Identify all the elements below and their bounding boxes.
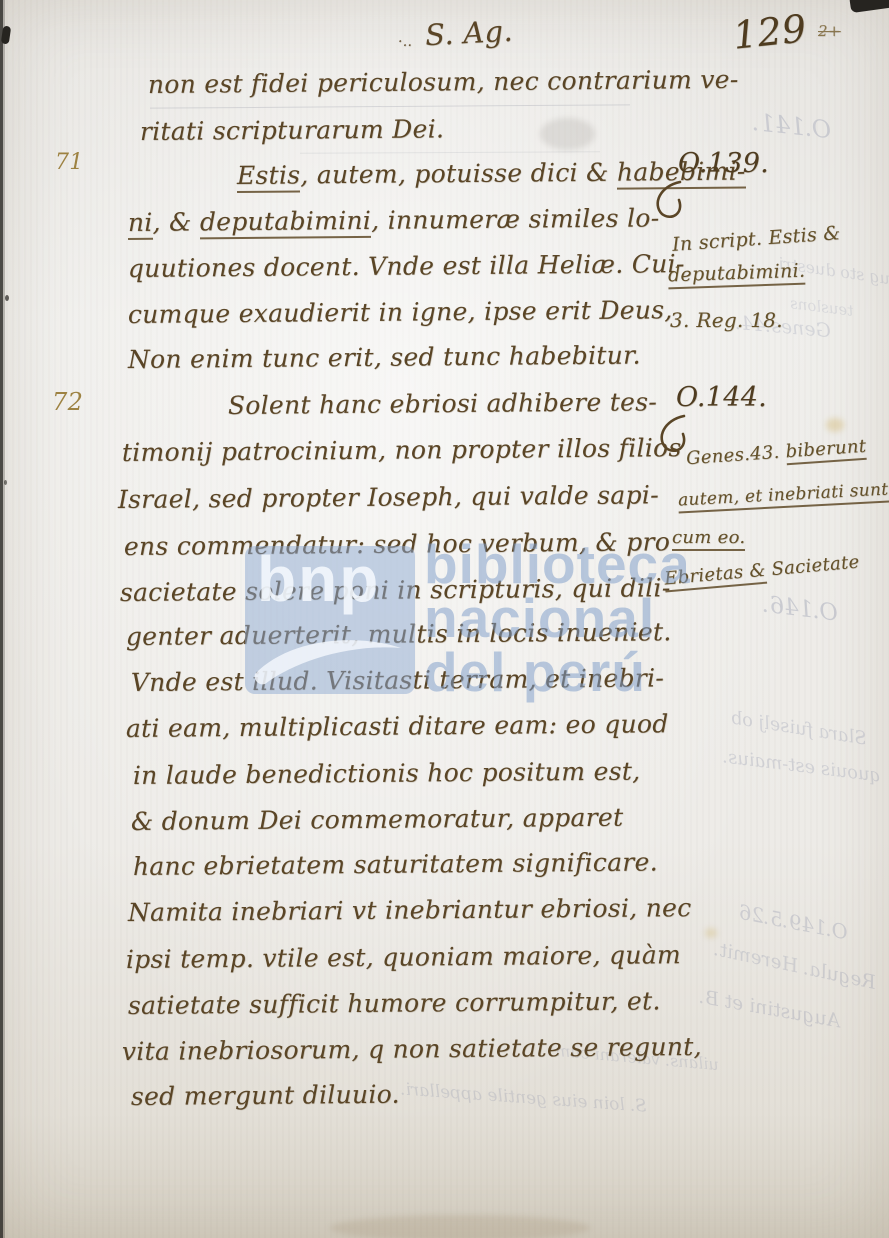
manuscript-page: O.141. Genes.44. aug sto duestri teuslon… xyxy=(0,0,889,1238)
bleedthrough-text: quouis est-maius. xyxy=(721,746,882,786)
bleedthrough-text: Augustini et B. xyxy=(697,986,842,1033)
scan-corner-topright xyxy=(849,0,889,13)
bleedthrough-text: teuslons xyxy=(789,294,854,320)
manuscript-line: Namita inebriari vt inebriantur ebriosi,… xyxy=(128,893,692,927)
edge-nick xyxy=(1,26,11,45)
watermark-word-delperu: del perú xyxy=(424,640,646,704)
manuscript-line: sed mergunt diluuio. xyxy=(131,1080,400,1111)
bleedthrough-rule xyxy=(300,151,600,154)
paper-smudge xyxy=(330,1215,590,1238)
page-title: S. Ag. xyxy=(424,14,513,53)
manuscript-line: vita inebriosorum, q non satietate se re… xyxy=(122,1032,702,1066)
bleedthrough-rule xyxy=(150,104,630,108)
edge-speck xyxy=(4,480,7,485)
line-text: , autem, potuisse dici & xyxy=(300,158,617,190)
line-text: , & xyxy=(152,207,200,236)
edge-speck xyxy=(5,295,9,301)
bnp-logo-text: bnp xyxy=(257,542,380,616)
manuscript-line: ipsi temp. vtile est, quoniam maiore, qu… xyxy=(126,940,681,974)
margin-ref-reg: 3. Reg. 18. xyxy=(670,308,783,332)
flourish-mark xyxy=(648,178,690,224)
bleedthrough-text: O.141. xyxy=(751,108,833,144)
manuscript-line: non est fidei periculosum, nec contrariu… xyxy=(148,65,739,99)
underlined-word: biberunt xyxy=(785,436,867,466)
bnp-swoosh-icon xyxy=(249,628,407,690)
header-marks: ·.. xyxy=(398,34,412,50)
manuscript-line: ni, & deputabimini, innumeræ similes lo- xyxy=(128,203,660,237)
scan-edge-left-soft xyxy=(3,0,5,1238)
margin-note-inscript: In script. Estis & xyxy=(671,222,841,256)
manuscript-line: satietate sufficit humore corrumpitur, e… xyxy=(128,986,661,1020)
note-text: Sacietate xyxy=(765,552,861,581)
manuscript-line: Non enim tunc erit, sed tunc habebitur. xyxy=(128,341,641,374)
line-text: , innumeræ similes lo- xyxy=(371,203,660,235)
manuscript-line: quutiones docent. Vnde est illa Heliæ. C… xyxy=(128,249,685,283)
manuscript-line: in laude benedictionis hoc positum est, xyxy=(133,757,641,790)
manuscript-line: ati eam, multiplicasti ditare eam: eo qu… xyxy=(126,709,669,743)
paper-stain xyxy=(705,928,717,938)
manuscript-line: timonij patrocinium, non propter illos f… xyxy=(122,433,682,467)
manuscript-line: ritati scripturarum Dei. xyxy=(140,114,445,146)
paper-stain xyxy=(826,418,844,432)
folio-mark: 2+ xyxy=(818,22,841,40)
paper-smudge xyxy=(540,118,595,150)
bnp-logo: bnp xyxy=(245,546,415,694)
underlined-word: ni xyxy=(128,208,153,240)
manuscript-line: Israel, sed propter Ioseph, qui valde sa… xyxy=(118,480,659,514)
bleedthrough-text: S. loin eius gentile appellari. xyxy=(400,1079,648,1116)
paragraph-number-71: 71 xyxy=(55,150,84,175)
manuscript-line: cumque exaudierit in igne, ipse erit Deu… xyxy=(128,295,673,329)
underlined-word: Estis xyxy=(237,160,301,193)
margin-note-deputabimini: deputabimini. xyxy=(668,260,806,290)
manuscript-line: Solent hanc ebriosi adhibere tes- xyxy=(228,387,657,420)
margin-ref-q144: O.144. xyxy=(676,382,767,413)
bleedthrough-text: Regula. Heremit. xyxy=(712,938,878,994)
margin-note-genesis: Genes.43. biberunt xyxy=(685,436,867,470)
bleedthrough-text: Slara fuiselj ob xyxy=(729,707,868,749)
paragraph-number-72: 72 xyxy=(52,388,83,416)
bleedthrough-text: O.146. xyxy=(761,591,840,626)
margin-ref-q139: O.139. xyxy=(678,148,769,179)
margin-note-genesis-2: autem, et inebriati sunt xyxy=(678,480,889,514)
bleedthrough-text: O.149.5.26 xyxy=(737,900,850,945)
margin-note-ebrietas: Ebrietas & Sacietate xyxy=(663,552,860,590)
note-text: Genes.43. xyxy=(685,441,786,469)
underlined-word: deputabimini xyxy=(200,206,372,239)
folio-number: 129 xyxy=(731,6,809,57)
manuscript-line: & donum Dei commemoratur, apparet xyxy=(131,803,624,836)
manuscript-line: hanc ebrietatem saturitatem significare. xyxy=(133,847,658,881)
